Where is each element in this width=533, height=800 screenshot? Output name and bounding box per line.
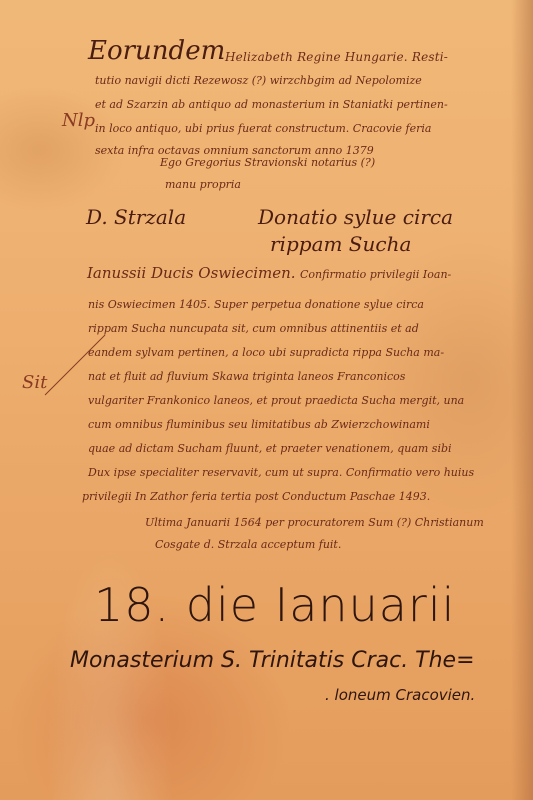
entry2-line-6: vulgariter Frankonico laneos, et prout p…	[88, 394, 464, 407]
entry2-line-4: eandem sylvam pertinen, a loco ubi supra…	[88, 346, 444, 359]
entry2-heading: Ianussii Ducis Oswiecimen.	[87, 264, 296, 282]
entry3-line-2: . loneum Cracovien.	[325, 686, 475, 704]
entry3-date-heading: 18. die Ianuarii	[94, 578, 455, 632]
page-edge-shadow	[511, 0, 533, 800]
entry2-line-5: nat et fluit ad fluvium Skawa triginta l…	[88, 370, 405, 383]
entry1-line-2: tutio navigii dicti Rezewosz (?) wirzchb…	[95, 74, 422, 87]
entry1-signature-2: manu propria	[165, 178, 241, 191]
entry2-line-2: nis Oswiecimen 1405. Super perpetua dona…	[88, 298, 424, 311]
entry2-note-1: Ultima Januarii 1564 per procuratorem Su…	[145, 516, 484, 529]
entry1-line-1: Helizabeth Regine Hungarie. Resti-	[225, 50, 448, 64]
entry2-line-3: rippam Sucha nuncupata sit, cum omnibus …	[88, 322, 419, 335]
entry2-line-10: privilegii In Zathor feria tertia post C…	[82, 490, 430, 503]
entry1-line-3: et ad Szarzin ab antiquo ad monasterium …	[95, 98, 448, 111]
entry1-signature-1: Ego Gregorius Stravionski notarius (?)	[160, 156, 375, 169]
entry2-line-7: cum omnibus fluminibus seu limitatibus a…	[88, 418, 430, 431]
entry1-margin-note: Nlp	[62, 110, 95, 131]
entry2-line-8: quae ad dictam Sucham fluunt, et praeter…	[88, 442, 452, 455]
entry2-title-line1: Donatio sylue circa	[258, 205, 453, 229]
entry3-line-1: Monasterium S. Trinitatis Crac. The=	[70, 648, 475, 673]
entry1-heading: Eorundem	[88, 36, 225, 66]
entry2-line-1: Confirmatio privilegii Ioan-	[300, 268, 451, 281]
margin-pointer-line	[40, 330, 110, 400]
entry2-title-line2: rippam Sucha	[270, 232, 411, 256]
entry2-line-9: Dux ipse specialiter reservavit, cum ut …	[88, 466, 474, 479]
entry1-line-4: in loco antiquo, ubi prius fuerat constr…	[95, 122, 431, 135]
entry2-note-2: Cosgate d. Strzala acceptum fuit.	[155, 538, 341, 551]
entry2-place: D. Strzala	[86, 205, 186, 229]
